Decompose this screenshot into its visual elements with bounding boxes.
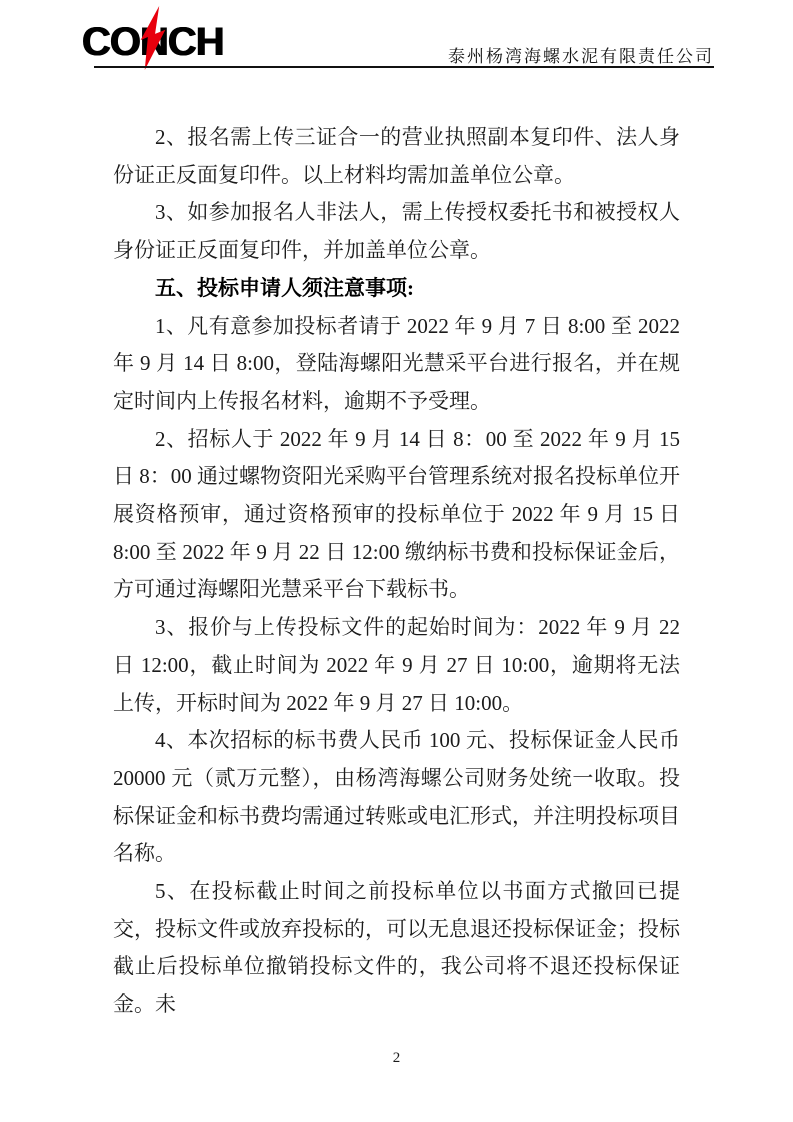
conch-logo: CONCH bbox=[82, 20, 224, 64]
logo-text-right: CH bbox=[168, 20, 224, 64]
document-body: 2、报名需上传三证合一的营业执照副本复印件、法人身份证正反面复印件。以上材料均需… bbox=[113, 119, 680, 1024]
note-1-signup-period: 1、凡有意参加投标者请于 2022 年 9 月 7 日 8:00 至 2022 … bbox=[113, 308, 680, 421]
document-page: CONCH 泰州杨湾海螺水泥有限责任公司 2、报名需上传三证合一的营业执照副本复… bbox=[0, 0, 793, 1122]
header-divider bbox=[94, 66, 714, 68]
note-3-upload-deadline: 3、报价与上传投标文件的起始时间为：2022 年 9 月 22 日 12:00，… bbox=[113, 609, 680, 722]
note-4-fees-and-deposit: 4、本次招标的标书费人民币 100 元、投标保证金人民币 20000 元（贰万元… bbox=[113, 722, 680, 873]
section-heading-bidder-notes: 五、投标申请人须注意事项: bbox=[113, 270, 680, 308]
paragraph-3-non-legal-person: 3、如参加报名人非法人，需上传授权委托书和被授权人身份证正反面复印件，并加盖单位… bbox=[113, 194, 680, 269]
page-number: 2 bbox=[0, 1050, 793, 1067]
note-5-withdrawal-rules: 5、在投标截止时间之前投标单位以书面方式撤回已提交，投标文件或放弃投标的，可以无… bbox=[113, 873, 680, 1024]
logo-text-left: CO bbox=[82, 20, 140, 64]
paragraph-2-signup-materials: 2、报名需上传三证合一的营业执照副本复印件、法人身份证正反面复印件。以上材料均需… bbox=[113, 119, 680, 194]
company-name: 泰州杨湾海螺水泥有限责任公司 bbox=[448, 42, 714, 67]
logo-letter-n: N bbox=[140, 20, 168, 64]
note-2-prequalification: 2、招标人于 2022 年 9 月 14 日 8：00 至 2022 年 9 月… bbox=[113, 421, 680, 610]
